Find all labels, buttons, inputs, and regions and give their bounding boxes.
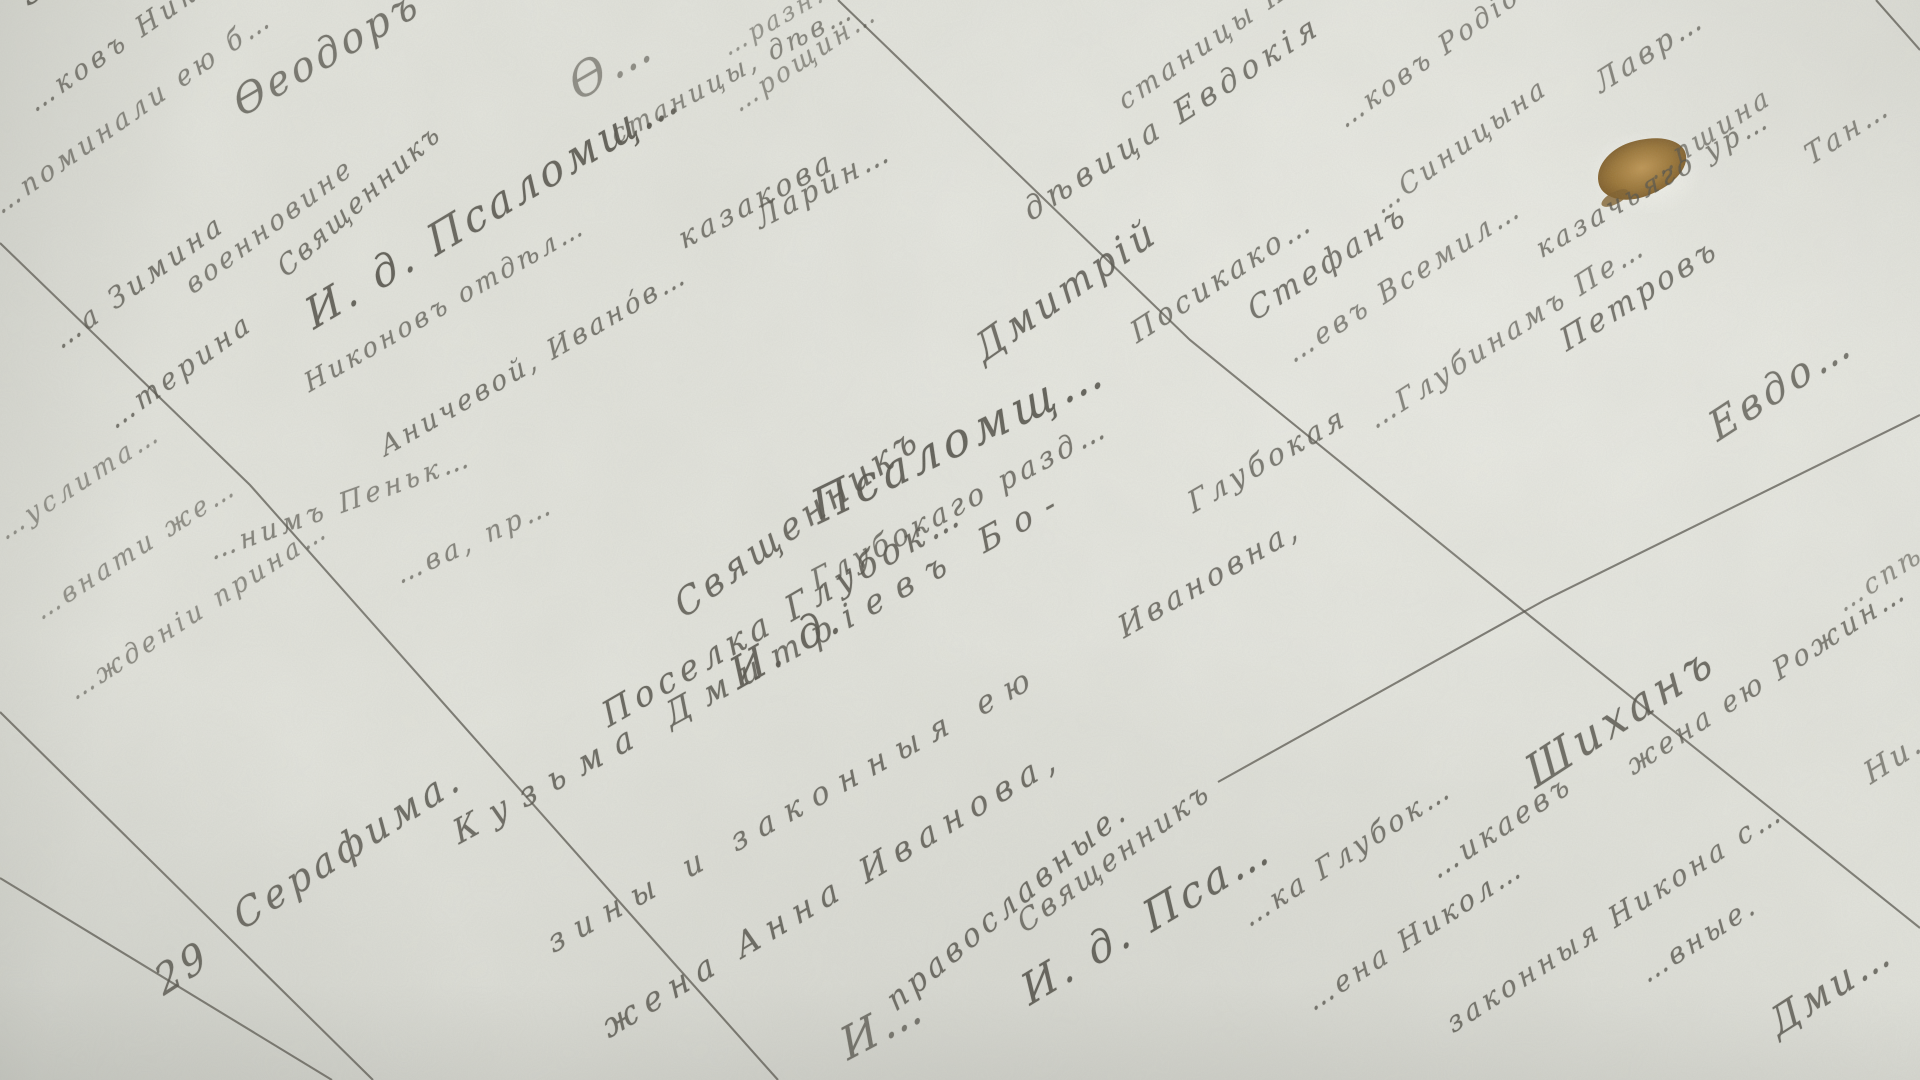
manuscript-page: 9.…ія Ж……ковъ Никола……поминали ею б……а З… bbox=[0, 0, 1920, 1080]
manuscript-photo: 9.…ія Ж……ковъ Никола……поминали ею б……а З… bbox=[0, 0, 1920, 1080]
col-line-left-2 bbox=[0, 712, 373, 1080]
col-line-corner bbox=[1876, 0, 1920, 50]
